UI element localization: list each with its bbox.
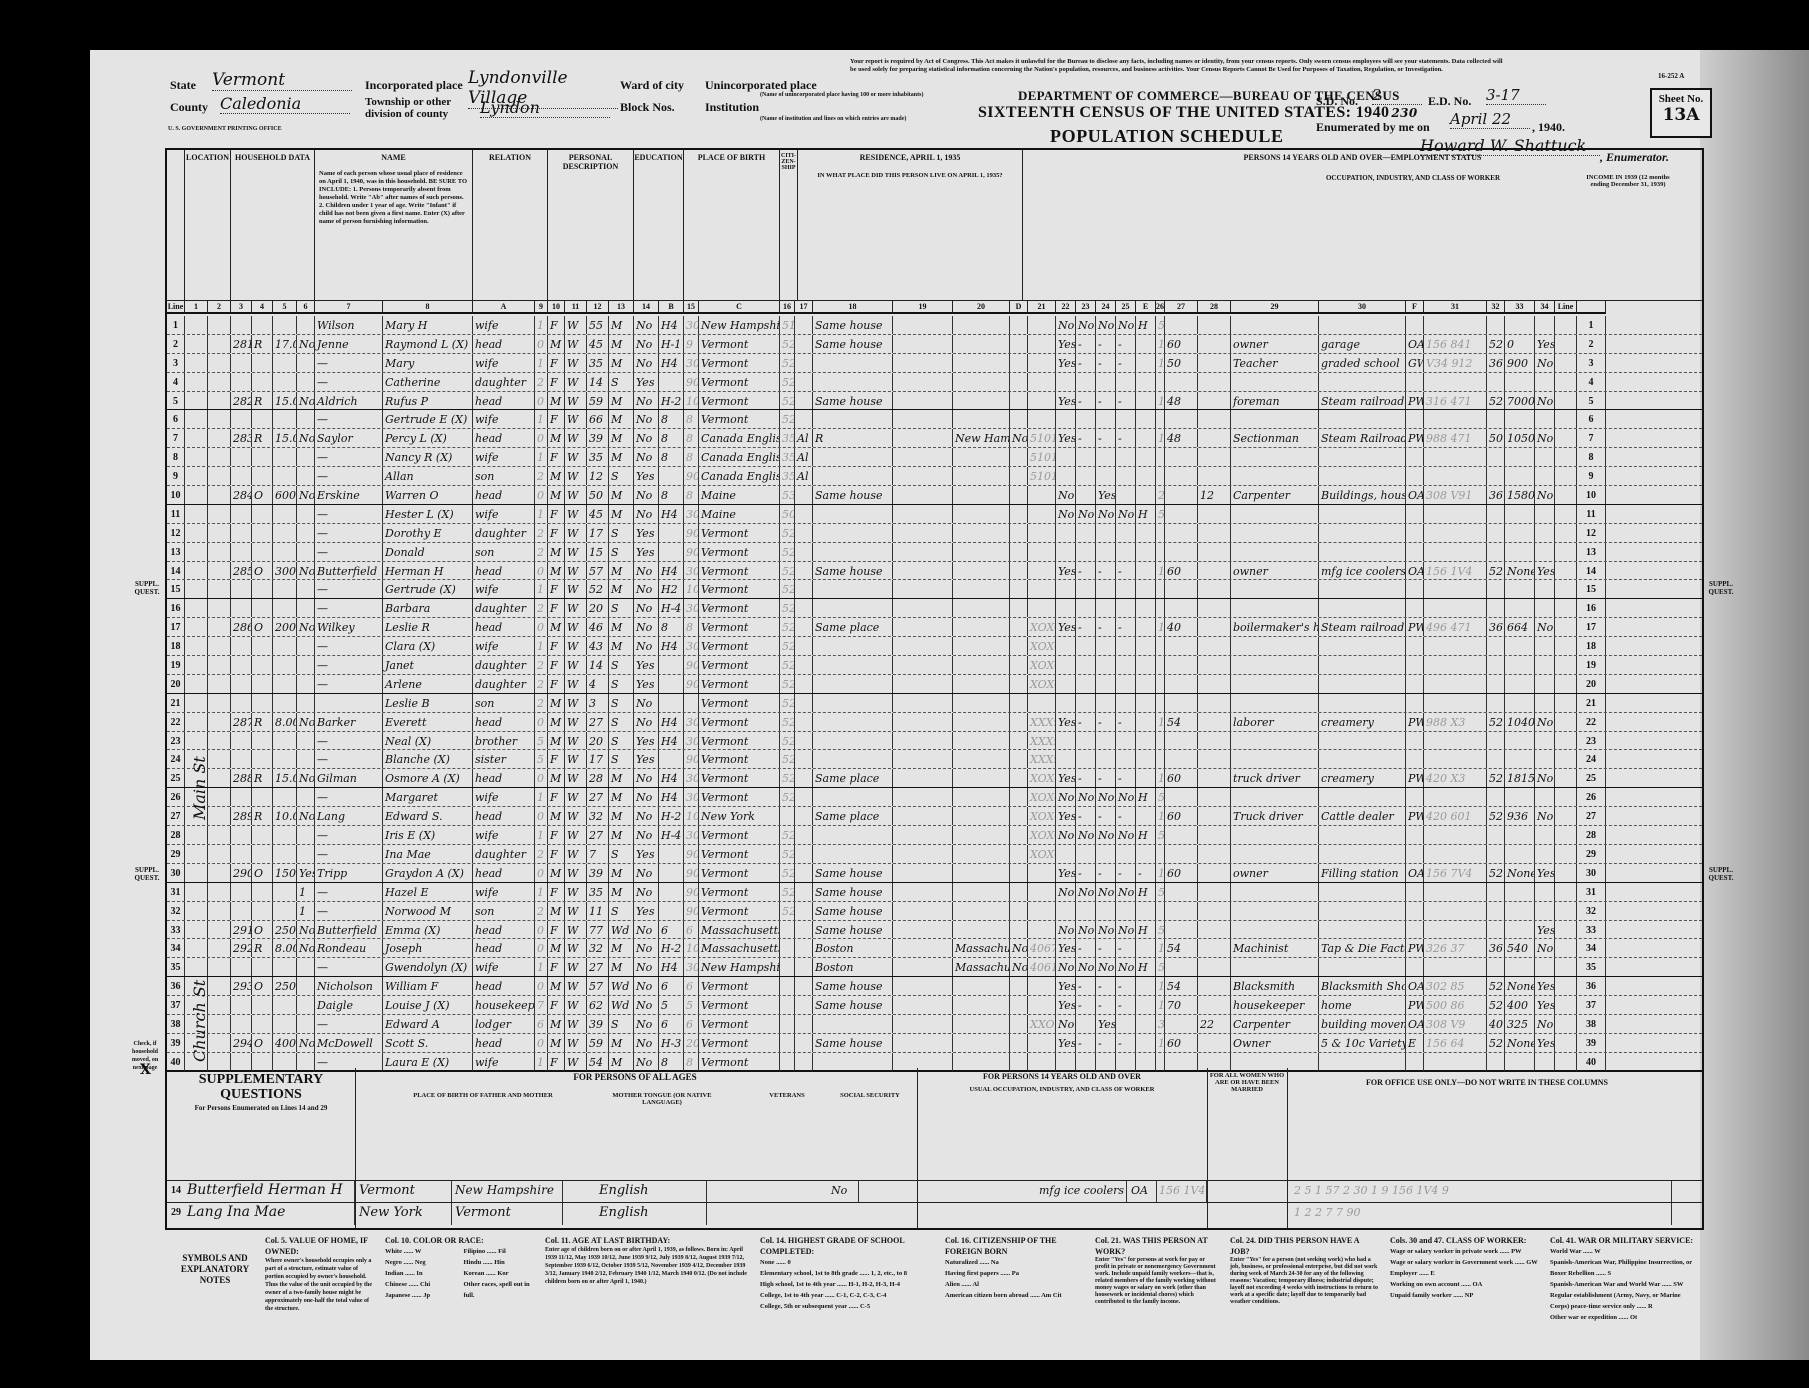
note-item: Unpaid family worker ...... NP	[1390, 1290, 1540, 1301]
worker-class-cell: OA	[1406, 486, 1424, 504]
race-cell: W	[565, 373, 587, 391]
emergency-work-cell: -	[1076, 977, 1096, 995]
seeking-work-cell	[1096, 580, 1116, 598]
code-f-cell	[1424, 410, 1487, 428]
code-c-cell: 52	[780, 826, 795, 844]
street-cell	[185, 656, 208, 674]
worker-class-cell: PW	[1406, 713, 1424, 731]
residence-farm-cell	[1010, 448, 1028, 466]
citizenship-cell	[795, 902, 813, 920]
home-value-cell	[273, 845, 297, 863]
column-number-9: 9	[535, 300, 548, 314]
residence-county-cell	[893, 429, 953, 447]
highest-grade-cell: 6	[659, 1015, 684, 1033]
seeking-work-cell: -	[1096, 392, 1116, 410]
other-income-cell	[1535, 902, 1555, 920]
home-value-cell	[273, 675, 297, 693]
code-b-cell: 30	[684, 562, 699, 580]
residence-farm-cell	[1010, 637, 1028, 655]
residence-county-cell	[893, 788, 953, 806]
enumerated-year: , 1940.	[1532, 120, 1565, 135]
residence-county-cell	[893, 543, 953, 561]
sex-cell: M	[548, 618, 565, 636]
wages-cell: 664	[1505, 618, 1535, 636]
sheet-value: 13A	[1652, 105, 1710, 125]
code-f-cell	[1424, 883, 1487, 901]
race-cell: W	[565, 1015, 587, 1033]
line-no-right-cell: 14	[1577, 562, 1606, 580]
relation-cell: daughter	[473, 675, 535, 693]
line-no-cell: 10	[167, 486, 185, 504]
unemployment-weeks-cell	[1198, 1034, 1231, 1052]
house-number-cell	[208, 543, 231, 561]
has-job-cell: No	[1116, 883, 1136, 901]
line-no-cell: 31	[167, 883, 185, 901]
table-row: 35—Gwendolyn (X)wife1FW27MNoH430New Hamp…	[167, 958, 1702, 977]
column-number-7: 7	[315, 300, 383, 314]
unemployment-weeks-cell	[1198, 732, 1231, 750]
residence-state-cell	[953, 392, 1010, 410]
residence-city-cell	[813, 599, 893, 617]
house-number-cell	[208, 467, 231, 485]
farm-schedule-cell	[1555, 467, 1577, 485]
owned-rented-cell	[252, 410, 273, 428]
residence-farm-cell	[1010, 864, 1028, 882]
birthplace-cell: Canada English	[699, 429, 780, 447]
code-b-cell: 30	[684, 769, 699, 787]
code-e-cell	[1156, 373, 1165, 391]
code-c-cell: 52	[780, 769, 795, 787]
unemployment-weeks-cell	[1198, 845, 1231, 863]
other-income-cell	[1535, 524, 1555, 542]
street-cell	[185, 335, 208, 353]
given-name-cell: Arlene	[383, 675, 473, 693]
weeks-worked-cell: 52	[1487, 335, 1505, 353]
code-b-cell: 6	[684, 977, 699, 995]
household-number-cell: 282	[231, 392, 252, 410]
marital-status-cell: M	[609, 562, 634, 580]
hours-worked-cell	[1165, 486, 1198, 504]
residence-state-cell	[953, 354, 1010, 372]
table-row: 22287R8.00NoBarkerEveretthead0MW27SNoH43…	[167, 713, 1702, 732]
industry-cell	[1319, 958, 1406, 976]
on-farm-cell	[297, 750, 315, 768]
street-cell	[185, 392, 208, 410]
seeking-work-cell	[1096, 448, 1116, 466]
line-no-right-cell: 7	[1577, 429, 1606, 447]
line-no-cell: 18	[167, 637, 185, 655]
has-job-cell	[1116, 543, 1136, 561]
activity-cell: H	[1136, 883, 1156, 901]
owned-rented-cell	[252, 316, 273, 334]
marital-status-cell: S	[609, 902, 634, 920]
owned-rented-cell: O	[252, 1034, 273, 1052]
given-name-cell: Neal (X)	[383, 732, 473, 750]
marital-status-cell: M	[609, 864, 634, 882]
emergency-work-cell: -	[1076, 996, 1096, 1014]
marital-status-cell: M	[609, 410, 634, 428]
unemployment-weeks-cell	[1198, 902, 1231, 920]
residence-state-cell	[953, 788, 1010, 806]
column-number-D: D	[1010, 300, 1028, 314]
activity-cell	[1136, 769, 1156, 787]
unemployment-weeks-cell	[1198, 599, 1231, 617]
age-cell: 35	[587, 448, 609, 466]
line-no-right-cell: 11	[1577, 505, 1606, 523]
col21-note: Col. 21. WAS THIS PERSON AT WORK?Enter "…	[1095, 1235, 1220, 1306]
occupation-cell	[1231, 958, 1319, 976]
highest-grade-cell	[659, 373, 684, 391]
household-number-cell: 281	[231, 335, 252, 353]
column-header-area: LOCATION HOUSEHOLD DATA NAME Name of eac…	[167, 150, 1702, 301]
residence-farm-cell	[1010, 977, 1028, 995]
code-f-cell	[1424, 467, 1487, 485]
industry-cell	[1319, 826, 1406, 844]
surname-cell: —	[315, 599, 383, 617]
home-value-cell	[273, 732, 297, 750]
weeks-worked-cell: 52	[1487, 713, 1505, 731]
has-job-cell: No	[1116, 505, 1136, 523]
owned-rented-cell: O	[252, 618, 273, 636]
code-c-cell: 52	[780, 354, 795, 372]
owned-rented-cell: R	[252, 392, 273, 410]
note-item: College, 5th or subsequent year ...... C…	[760, 1301, 935, 1312]
relation-cell: wife	[473, 505, 535, 523]
line-no-right-cell: 9	[1577, 467, 1606, 485]
surname-cell: Nicholson	[315, 977, 383, 995]
section-citizenship: CITI-ZEN-SHIP	[780, 150, 798, 300]
surname-cell: —	[315, 354, 383, 372]
has-job-cell: -	[1116, 335, 1136, 353]
residence-city-cell	[813, 826, 893, 844]
code-f-cell	[1424, 826, 1487, 844]
residence-city-cell: Same house	[813, 883, 893, 901]
home-value-cell: 8.00	[273, 939, 297, 957]
residence-state-cell	[953, 883, 1010, 901]
symbols-heading: SYMBOLS AND EXPLANATORY NOTES	[175, 1253, 255, 1286]
occupation-cell	[1231, 505, 1319, 523]
residence-city-cell: Same house	[813, 977, 893, 995]
race-cell: W	[565, 921, 587, 939]
code-c-cell: 35	[780, 467, 795, 485]
relation-cell: head	[473, 713, 535, 731]
column-number-E: E	[1136, 300, 1156, 314]
line-no-cell: 17	[167, 618, 185, 636]
household-number-cell	[231, 543, 252, 561]
residence-county-cell	[893, 580, 953, 598]
house-number-cell	[208, 637, 231, 655]
code-d-cell	[1028, 505, 1056, 523]
code-e-cell	[1156, 410, 1165, 428]
surname-cell: —	[315, 883, 383, 901]
line-no-cell: 33	[167, 921, 185, 939]
residence-county-cell	[893, 996, 953, 1014]
seeking-work-cell	[1096, 750, 1116, 768]
wages-cell	[1505, 883, 1535, 901]
activity-cell: H	[1136, 316, 1156, 334]
code-f-cell	[1424, 845, 1487, 863]
weeks-worked-cell	[1487, 467, 1505, 485]
column-number-B: B	[659, 300, 684, 314]
table-row: 1WilsonMary Hwife1FW55MNoH430New Hampshi…	[167, 316, 1702, 335]
table-row: 9—Allanson2MW12SYes90Canada English35Al5…	[167, 467, 1702, 486]
code-e-cell: 1	[1156, 335, 1165, 353]
line-no-cell: 7	[167, 429, 185, 447]
table-row: 34292R8.00NoRondeauJosephhead0MW32MNoH-2…	[167, 939, 1702, 958]
other-income-cell: Yes	[1535, 1034, 1555, 1052]
relation-cell: daughter	[473, 599, 535, 617]
industry-cell	[1319, 902, 1406, 920]
residence-city-cell	[813, 448, 893, 466]
citizenship-cell	[795, 864, 813, 882]
line-no-right-cell: 20	[1577, 675, 1606, 693]
other-income-cell: No	[1535, 769, 1555, 787]
relation-cell: sister	[473, 750, 535, 768]
emergency-work-cell	[1076, 656, 1096, 674]
hours-worked-cell: 48	[1165, 392, 1198, 410]
note-item: Employer ...... E	[1390, 1268, 1540, 1279]
emergency-work-cell	[1076, 410, 1096, 428]
occupation-cell	[1231, 788, 1319, 806]
unemployment-weeks-cell	[1198, 921, 1231, 939]
code-d-cell	[1028, 580, 1056, 598]
at-work-cell: Yes	[1056, 392, 1076, 410]
residence-state-cell	[953, 1015, 1010, 1033]
farm-schedule-cell	[1555, 354, 1577, 372]
code-b-cell: 30	[684, 316, 699, 334]
emergency-work-cell	[1076, 543, 1096, 561]
birthplace-cell: New Hampshire	[699, 958, 780, 976]
occupation-cell	[1231, 637, 1319, 655]
occupation-cell	[1231, 448, 1319, 466]
supp-office-codes: 1 2 2 7 7 90	[1292, 1203, 1672, 1225]
table-row: 7283R15.00NoSaylorPercy L (X)head0MW39MN…	[167, 429, 1702, 448]
worker-class-cell: GW	[1406, 354, 1424, 372]
industry-cell	[1319, 599, 1406, 617]
sex-cell: M	[548, 939, 565, 957]
at-work-cell: Yes	[1056, 429, 1076, 447]
activity-cell	[1136, 807, 1156, 825]
line-no-right-cell: 31	[1577, 883, 1606, 901]
birthplace-cell: Vermont	[699, 524, 780, 542]
highest-grade-cell: 6	[659, 921, 684, 939]
street-cell	[185, 373, 208, 391]
given-name-cell: Blanche (X)	[383, 750, 473, 768]
sex-cell: M	[548, 902, 565, 920]
citizenship-cell	[795, 1034, 813, 1052]
marital-status-cell: S	[609, 845, 634, 863]
wages-cell	[1505, 410, 1535, 428]
at-work-cell	[1056, 656, 1076, 674]
code-f-cell: V34 912	[1424, 354, 1487, 372]
house-number-cell	[208, 864, 231, 882]
emergency-work-cell: -	[1076, 354, 1096, 372]
race-cell: W	[565, 713, 587, 731]
has-job-cell: -	[1116, 1034, 1136, 1052]
residence-county-cell	[893, 769, 953, 787]
table-row: 38—Edward Alodger6MW39SNo66VermontXXO9No…	[167, 1015, 1702, 1034]
age-cell: 35	[587, 883, 609, 901]
code-e-cell: 5	[1156, 958, 1165, 976]
line-no-cell: 22	[167, 713, 185, 731]
col24-text: Enter "Yes" for a person (not seeking wo…	[1230, 1257, 1380, 1306]
code-b-cell: 90	[684, 543, 699, 561]
birthplace-cell: Vermont	[699, 373, 780, 391]
home-value-cell	[273, 580, 297, 598]
farm-schedule-cell	[1555, 883, 1577, 901]
residence-farm-cell	[1010, 826, 1028, 844]
given-name-cell: Allan	[383, 467, 473, 485]
table-row: 21Leslie Bson2MW3SNoVermont5221	[167, 694, 1702, 713]
has-job-cell: No	[1116, 316, 1136, 334]
birthplace-cell: Vermont	[699, 543, 780, 561]
surname-cell: —	[315, 410, 383, 428]
hours-worked-cell: 60	[1165, 807, 1198, 825]
weeks-worked-cell: 52	[1487, 562, 1505, 580]
owned-rented-cell: R	[252, 713, 273, 731]
code-f-cell: 988 X3	[1424, 713, 1487, 731]
age-cell: 27	[587, 713, 609, 731]
line-no-header	[167, 150, 185, 300]
house-number-cell	[208, 996, 231, 1014]
supplementary-subtitle: For Persons Enumerated on Lines 14 and 2…	[167, 1104, 355, 1112]
citizenship-cell	[795, 713, 813, 731]
relation-cell: head	[473, 977, 535, 995]
at-work-cell: Yes	[1056, 939, 1076, 957]
hours-worked-cell	[1165, 543, 1198, 561]
home-value-cell	[273, 524, 297, 542]
line-no-cell: 12	[167, 524, 185, 542]
residence-city-cell	[813, 845, 893, 863]
worker-class-cell: OA	[1406, 1015, 1424, 1033]
surname-cell: —	[315, 448, 383, 466]
code-d-cell: 4067	[1028, 939, 1056, 957]
weeks-worked-cell	[1487, 883, 1505, 901]
house-number-cell	[208, 410, 231, 428]
farm-schedule-cell	[1555, 335, 1577, 353]
residence-farm-cell	[1010, 599, 1028, 617]
mother-tongue-heading: MOTHER TONGUE (OR NATIVE LANGUAGE)	[612, 1092, 712, 1106]
column-number-25: 25	[1116, 300, 1136, 314]
code-f-cell	[1424, 524, 1487, 542]
school-attended-cell: Yes	[634, 373, 659, 391]
age-cell: 46	[587, 618, 609, 636]
code-c-cell: 52	[780, 713, 795, 731]
code-e-cell: 1	[1156, 769, 1165, 787]
activity-cell	[1136, 373, 1156, 391]
code-d-cell	[1028, 410, 1056, 428]
line-no-right-cell: 23	[1577, 732, 1606, 750]
code-f-cell: 156 64	[1424, 1034, 1487, 1052]
other-income-cell	[1535, 883, 1555, 901]
relation-cell: wife	[473, 637, 535, 655]
code-d-cell	[1028, 486, 1056, 504]
residence-city-cell	[813, 637, 893, 655]
code-e-cell: 1	[1156, 618, 1165, 636]
at-work-cell: Yes	[1056, 1034, 1076, 1052]
farm-schedule-cell	[1555, 429, 1577, 447]
other-income-cell: No	[1535, 392, 1555, 410]
race-cell: W	[565, 996, 587, 1014]
code-b-cell: 10	[684, 807, 699, 825]
sex-cell: F	[548, 788, 565, 806]
residence-state-cell	[953, 316, 1010, 334]
hours-worked-cell	[1165, 1015, 1198, 1033]
line-no-cell: 2	[167, 335, 185, 353]
seeking-work-cell	[1096, 599, 1116, 617]
activity-cell: H	[1136, 788, 1156, 806]
birthplace-cell: Vermont	[699, 732, 780, 750]
code-b-cell: 6	[684, 1015, 699, 1033]
weeks-worked-cell: 50	[1487, 429, 1505, 447]
activity-cell	[1136, 448, 1156, 466]
code-c-cell: 51	[780, 316, 795, 334]
code-e-cell	[1156, 637, 1165, 655]
relation-cell: head	[473, 939, 535, 957]
on-farm-cell	[297, 599, 315, 617]
race-cell: W	[565, 637, 587, 655]
has-job-cell: No	[1116, 826, 1136, 844]
column-number-5: 5	[273, 300, 297, 314]
race-cell: W	[565, 316, 587, 334]
farm-schedule-cell	[1555, 373, 1577, 391]
table-row: 24—Blanche (X)sister5FW17SYes90Vermont52…	[167, 750, 1702, 769]
line-no-right-cell: 3	[1577, 354, 1606, 372]
citizenship-cell	[795, 750, 813, 768]
unemployment-weeks-cell	[1198, 618, 1231, 636]
code-a-cell: 0	[535, 921, 548, 939]
street-cell	[185, 618, 208, 636]
highest-grade-cell	[659, 902, 684, 920]
unemployment-weeks-cell	[1198, 562, 1231, 580]
code-d-cell: 4061	[1028, 958, 1056, 976]
birthplace-cell: Maine	[699, 486, 780, 504]
birthplace-cell: Vermont	[699, 354, 780, 372]
column-number-24: 24	[1096, 300, 1116, 314]
residence-state-cell	[953, 864, 1010, 882]
wages-cell	[1505, 732, 1535, 750]
home-value-cell	[273, 505, 297, 523]
has-job-cell	[1116, 448, 1136, 466]
emergency-work-cell: -	[1076, 618, 1096, 636]
home-value-cell: 15.00	[273, 769, 297, 787]
residence-county-cell	[893, 826, 953, 844]
hours-worked-cell	[1165, 580, 1198, 598]
code-a-cell: 1	[535, 788, 548, 806]
industry-cell: home	[1319, 996, 1406, 1014]
col41-note: Col. 41. WAR OR MILITARY SERVICE:World W…	[1550, 1235, 1700, 1323]
owned-rented-cell: R	[252, 429, 273, 447]
line-no-cell: 11	[167, 505, 185, 523]
line-no-right-cell: 29	[1577, 845, 1606, 863]
note-item: Negro ...... Neg	[385, 1257, 457, 1268]
unemployment-weeks-cell	[1198, 467, 1231, 485]
weeks-worked-cell	[1487, 580, 1505, 598]
birthplace-cell: Canada English	[699, 467, 780, 485]
owned-rented-cell	[252, 599, 273, 617]
relation-cell: head	[473, 921, 535, 939]
unemployment-weeks-cell	[1198, 524, 1231, 542]
farm-schedule-cell	[1555, 864, 1577, 882]
occupation-cell	[1231, 694, 1319, 712]
residence-city-cell: Same house	[813, 562, 893, 580]
wages-cell: None	[1505, 977, 1535, 995]
owned-rented-cell	[252, 996, 273, 1014]
residence-county-cell	[893, 902, 953, 920]
emergency-work-cell	[1076, 732, 1096, 750]
wages-cell	[1505, 845, 1535, 863]
at-work-cell	[1056, 675, 1076, 693]
